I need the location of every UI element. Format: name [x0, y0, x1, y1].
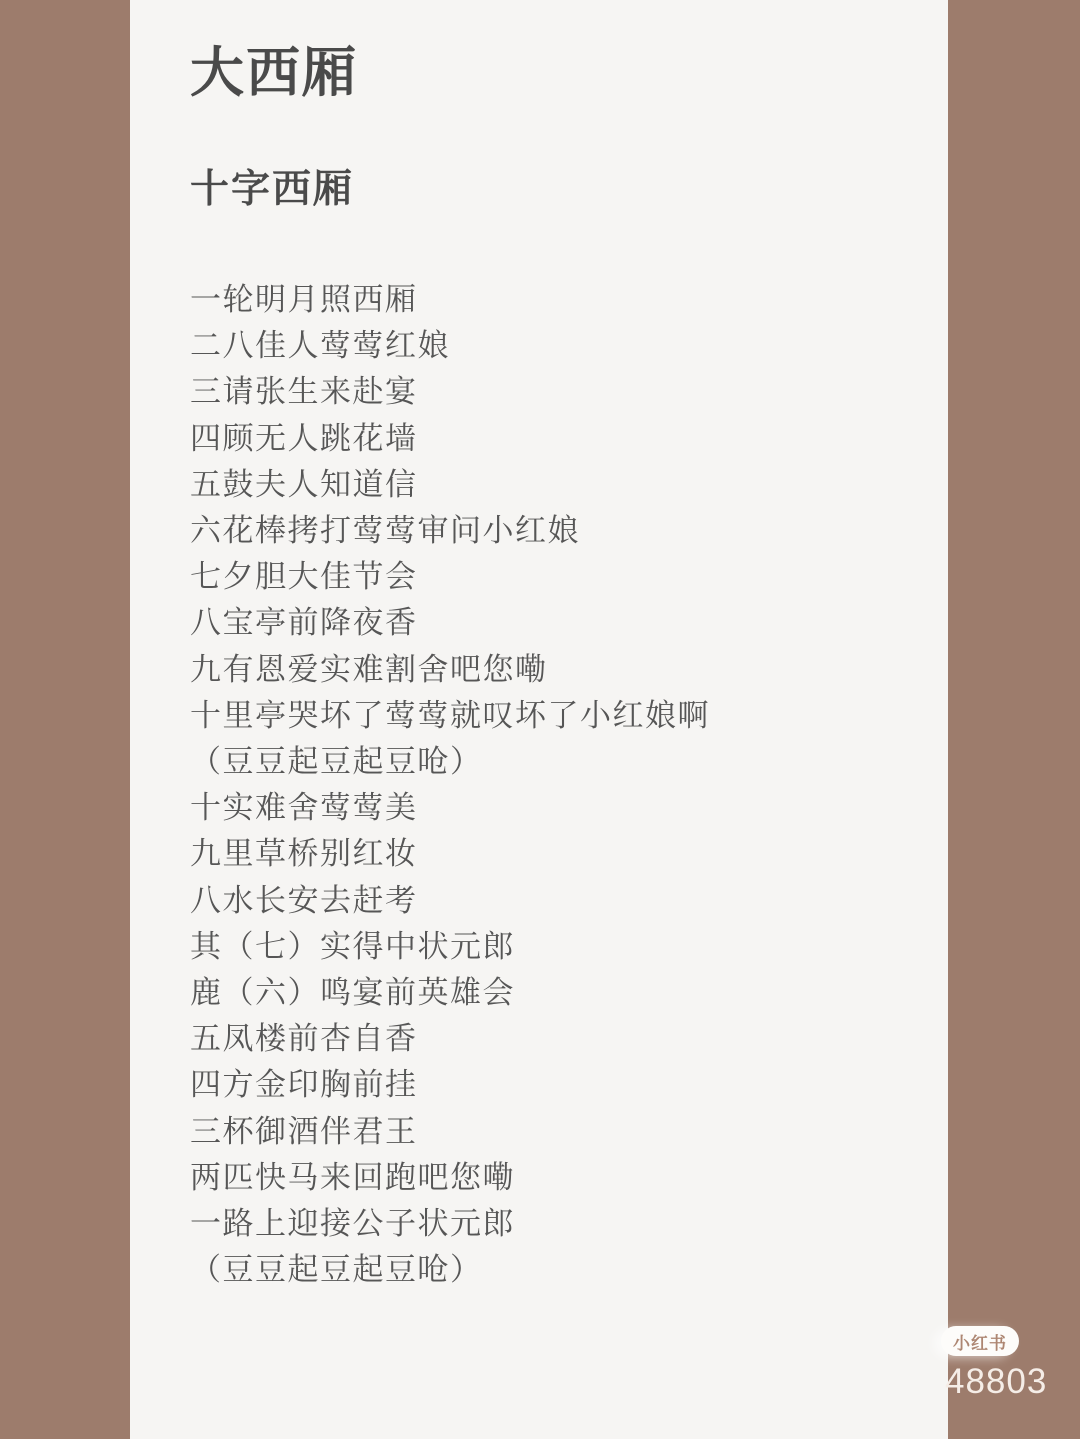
lyric-line: 一轮明月照西厢	[190, 277, 918, 323]
lyric-line: 两匹快马来回跑吧您嘞	[190, 1155, 918, 1201]
lyric-line: 四顾无人跳花墙	[190, 416, 918, 462]
xiaohongshu-watermark-badge: 小红书	[941, 1326, 1019, 1356]
lyric-line: 其（七）实得中状元郎	[190, 924, 918, 970]
lyric-line: 九有恩爱实难割舍吧您嘞	[190, 647, 918, 693]
lyric-line: 三请张生来赴宴	[190, 369, 918, 415]
lyric-line: 八水长安去赶考	[190, 878, 918, 924]
page-title: 大西厢	[190, 42, 918, 104]
section-subtitle: 十字西厢	[190, 168, 918, 213]
lyric-line: （豆豆起豆起豆呛）	[190, 739, 918, 785]
lyric-line: 六花棒拷打莺莺审问小红娘	[190, 508, 918, 554]
lyric-line: 五鼓夫人知道信	[190, 462, 918, 508]
lyric-line: 九里草桥别红妆	[190, 831, 918, 877]
lyric-line: 一路上迎接公子状元郎	[190, 1201, 918, 1247]
lyrics-list: 一轮明月照西厢二八佳人莺莺红娘三请张生来赴宴四顾无人跳花墙五鼓夫人知道信六花棒拷…	[190, 277, 918, 1293]
lyrics-sheet: 大西厢 十字西厢 一轮明月照西厢二八佳人莺莺红娘三请张生来赴宴四顾无人跳花墙五鼓…	[130, 0, 948, 1293]
lyric-line: 十里亭哭坏了莺莺就叹坏了小红娘啊	[190, 693, 918, 739]
xiaohongshu-brand-label: 小红书	[953, 1329, 1007, 1354]
content-panel: 大西厢 十字西厢 一轮明月照西厢二八佳人莺莺红娘三请张生来赴宴四顾无人跳花墙五鼓…	[130, 0, 948, 1439]
lyric-line: 鹿（六）鸣宴前英雄会	[190, 970, 918, 1016]
lyric-line: （豆豆起豆起豆呛）	[190, 1247, 918, 1293]
lyric-line: 五凤楼前杏自香	[190, 1016, 918, 1062]
lyric-line: 四方金印胸前挂	[190, 1062, 918, 1108]
lyric-line: 十实难舍莺莺美	[190, 785, 918, 831]
lyric-line: 三杯御酒伴君王	[190, 1109, 918, 1155]
lyric-line: 八宝亭前降夜香	[190, 600, 918, 646]
lyric-line: 七夕胆大佳节会	[190, 554, 918, 600]
watermark-id-number: 48803	[945, 1362, 1047, 1402]
lyric-line: 二八佳人莺莺红娘	[190, 323, 918, 369]
